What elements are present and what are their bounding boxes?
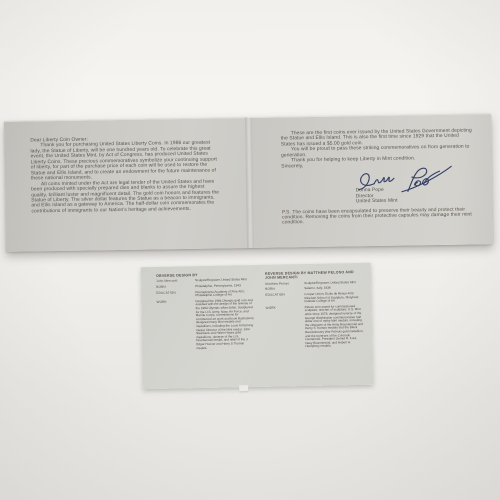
reverse-design-column: REVERSE DESIGN BY MATTHEW PELOSO AND JOH…	[265, 270, 365, 352]
education-value: Pennsylvania Academy of Fine Arts; Phila…	[195, 290, 254, 298]
photo-background: Dear Liberty Coin Owner: Thank you for p…	[0, 0, 500, 500]
liberty-coin-letter-booklet: Dear Liberty Coin Owner: Thank you for p…	[4, 113, 493, 252]
letter-right-text: These are the first coins ever issued by…	[281, 128, 474, 226]
reverse-header: REVERSE DESIGN BY MATTHEW PELOSO AND JOH…	[265, 270, 363, 281]
letter-paragraph: All coins minted under the Act are legal…	[31, 179, 221, 215]
letter-left-page: Dear Liberty Coin Owner: Thank you for p…	[4, 117, 250, 252]
education-row: EDUCATION Cooper Union; Ecole de Beaux-A…	[265, 292, 363, 305]
work-row: WORK Designed the 1984 Olympic gold coin…	[156, 299, 255, 351]
education-label: EDUCATION	[265, 293, 301, 304]
designer-name: John Mercanti	[156, 280, 192, 284]
born-label: BORN	[156, 285, 192, 289]
born-label: BORN	[265, 288, 301, 292]
designer-role: Sculptor/Engraver, United States Mint	[304, 281, 363, 286]
card-columns: OBVERSE DESIGN BY John Mercanti Sculptor…	[141, 263, 373, 354]
postscript: P.S. The coins have been encapsulated to…	[282, 207, 474, 226]
work-label: WORK	[266, 306, 303, 350]
card-edge-notch	[239, 385, 248, 391]
education-label: EDUCATION	[156, 291, 192, 299]
designer-role: Sculptor/Engraver, United States Mint	[195, 278, 254, 283]
designer-name: Matthew Peloso	[265, 282, 301, 286]
letter-left-text: Dear Liberty Coin Owner: Thank you for p…	[30, 135, 221, 214]
work-label: WORK	[156, 300, 193, 351]
work-value: Peloso won award for commissioned sculpt…	[305, 305, 365, 349]
signer-org: United States Mint	[356, 198, 474, 205]
work-value: Designed the 1984 Olympic gold coin and …	[195, 299, 255, 350]
designer-credits-card: OBVERSE DESIGN BY John Mercanti Sculptor…	[141, 263, 373, 389]
born-value: Philadelphia, Pennsylvania, 1943	[195, 284, 254, 289]
education-value: Cooper Union; Ecole de Beaux-Arts; Rineh…	[304, 292, 363, 304]
work-row: WORK Peloso won award for commissioned s…	[266, 305, 365, 350]
letter-paragraph: Thank you for purchasing United States L…	[30, 141, 221, 182]
obverse-design-column: OBVERSE DESIGN BY John Mercanti Sculptor…	[156, 272, 256, 354]
letter-right-page: These are the first coins ever issued by…	[247, 113, 493, 248]
born-value: Salerno, Italy, 1936	[304, 286, 363, 291]
